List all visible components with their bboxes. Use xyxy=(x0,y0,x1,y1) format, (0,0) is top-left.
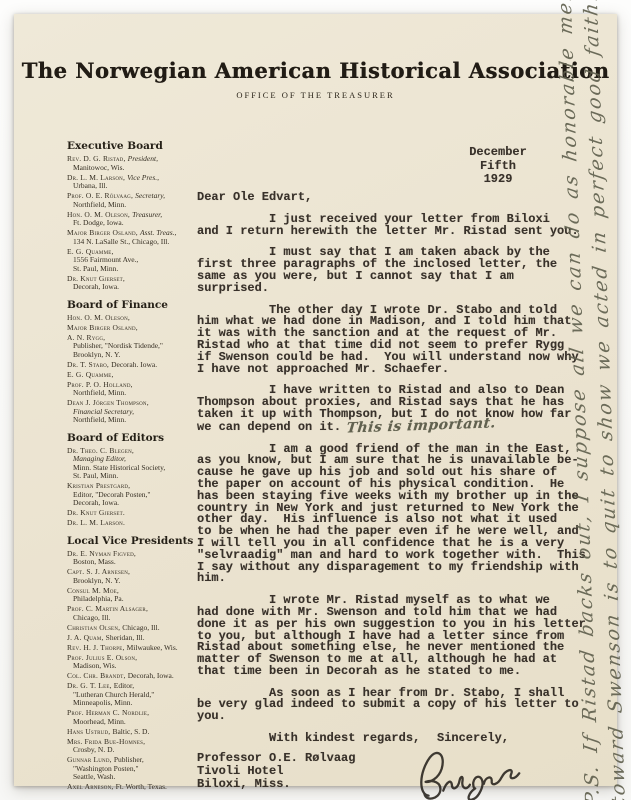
officer-entry: Rev. D. G. Ristad, President,Manitowoc, … xyxy=(67,155,259,172)
paragraph: I have written to Ristad and also to Dea… xyxy=(197,385,591,433)
organization-title: The Norwegian American Historical Associ… xyxy=(14,58,617,83)
recipient-line: Biloxi, Miss. xyxy=(197,778,355,791)
letter-body: Dear Ole Edvart, I just received your le… xyxy=(197,192,591,800)
letterhead: The Norwegian American Historical Associ… xyxy=(14,58,617,100)
handwritten-annotation: This is important. xyxy=(340,418,496,435)
paragraph: I am a good friend of the man in the Eas… xyxy=(197,444,591,586)
recipient-address: Professor O.E. RølvaagTivoli HotelBiloxi… xyxy=(197,752,355,791)
officer-entry: Dr. L. M. Larson, Vice Pres.,Urbana, Ill… xyxy=(67,174,259,191)
section-heading: Executive Board xyxy=(67,140,259,152)
paragraph: I wrote Mr. Ristad myself as to what we … xyxy=(197,595,591,678)
paragraph: The other day I wrote Dr. Stabo and told… xyxy=(197,305,591,376)
officer-line: Manitowoc, Wis. xyxy=(67,164,259,173)
signature-birger xyxy=(409,739,523,800)
date-line: December xyxy=(442,146,554,160)
paragraph: I must say that I am taken aback by the … xyxy=(197,247,591,294)
paragraph: I just received your letter from Biloxi … xyxy=(197,214,591,238)
date-line: 1929 xyxy=(442,173,554,187)
date-line: Fifth xyxy=(442,160,554,174)
date-block: DecemberFifth1929 xyxy=(442,146,554,187)
office-subtitle: OFFICE OF THE TREASURER xyxy=(14,90,617,100)
letter-paragraphs: I just received your letter from Biloxi … xyxy=(197,214,591,723)
paragraph: As soon as I hear from Dr. Stabo, I shal… xyxy=(197,688,591,723)
salutation: Dear Ole Edvart, xyxy=(197,192,591,204)
regards-line: With kindest regards, xyxy=(197,733,591,745)
scanned-letter: The Norwegian American Historical Associ… xyxy=(0,0,631,800)
letter-paper: The Norwegian American Historical Associ… xyxy=(14,14,617,786)
